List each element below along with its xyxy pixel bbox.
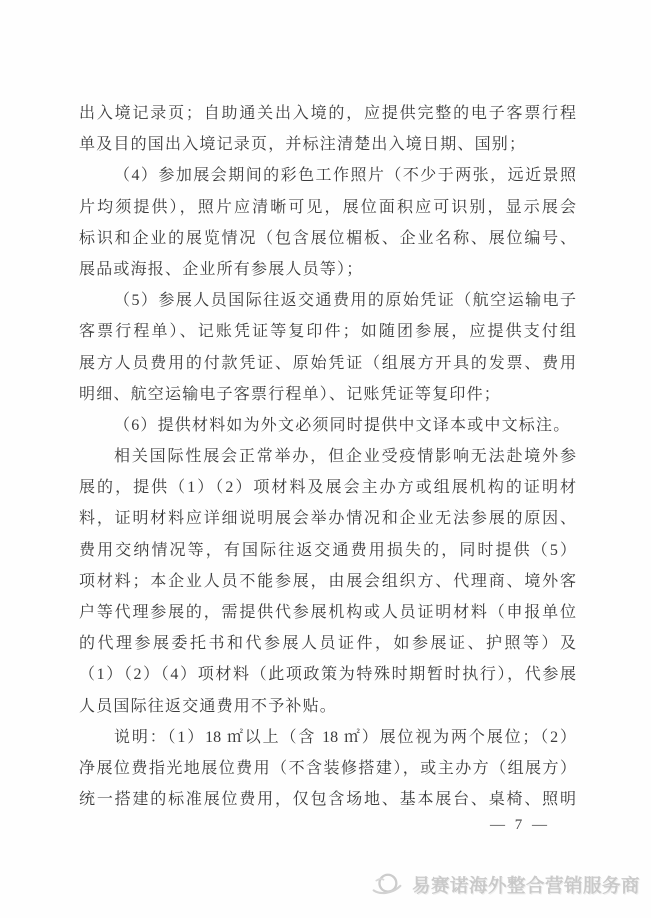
document-page: 出入境记录页；自助通关出入境的，应提供完整的电子客票行程单及目的国出入境记录页，… [0,0,651,918]
globe-swoosh-logo-icon [371,869,403,901]
text-line: 客票行程单）、记账凭证等复印件；如随团参展，应提供支付组 [79,316,576,347]
text-line: 展方人员费用的付款凭证、原始凭证（组展方开具的发票、费用 [79,348,576,379]
text-line: （4）参加展会期间的彩色工作照片（不少于两张，远近景照 [79,160,576,191]
text-line: 片均须提供），照片应清晰可见，展位面积应可识别，显示展会 [79,192,576,223]
text-line: 标识和企业的展览情况（包含展位楣板、企业名称、展位编号、 [79,223,576,254]
text-line: 项材料；本企业人员不能参展，由展会组织方、代理商、境外客 [79,566,576,597]
document-body: 出入境记录页；自助通关出入境的，应提供完整的电子客票行程单及目的国出入境记录页，… [79,98,576,815]
text-line: 展品或海报、企业所有参展人员等）； [79,254,576,285]
text-line: 单及目的国出入境记录页，并标注清楚出入境日期、国别； [79,129,576,160]
text-line: （6）提供材料如为外文必须同时提供中文译本或中文标注。 [79,410,576,441]
text-line: 统一搭建的标准展位费用，仅包含场地、基本展台、桌椅、照明 [79,784,576,815]
text-line: （5）参展人员国际往返交通费用的原始凭证（航空运输电子 [79,285,576,316]
text-line: 出入境记录页；自助通关出入境的，应提供完整的电子客票行程 [79,98,576,129]
text-line: 的代理参展委托书和代参展人员证件，如参展证、护照等）及 [79,628,576,659]
page-number: — 7 — [470,817,570,834]
text-line: 说明：（1）18 ㎡以上（含 18 ㎡）展位视为两个展位；（2） [79,722,576,753]
watermark: 易赛诺海外整合营销服务商 [371,869,640,901]
text-line: 相关国际性展会正常举办，但企业受疫情影响无法赴境外参 [79,441,576,472]
text-line: 展的，提供（1）（2）项材料及展会主办方或组展机构的证明材 [79,472,576,503]
text-line: 人员国际往返交通费用不予补贴。 [79,691,576,722]
text-line: （1）（2）（4）项材料（此项政策为特殊时期暂时执行），代参展 [79,659,576,690]
watermark-label: 易赛诺海外整合营销服务商 [412,872,640,898]
text-line: 净展位费指光地展位费用（不含装修搭建），或主办方（组展方） [79,753,576,784]
text-line: 料，证明材料应详细说明展会举办情况和企业无法参展的原因、 [79,503,576,534]
text-line: 费用交纳情况等，有国际往返交通费用损失的，同时提供（5） [79,535,576,566]
text-line: 户等代理参展的，需提供代参展机构或人员证明材料（申报单位 [79,597,576,628]
text-line: 明细、航空运输电子客票行程单）、记账凭证等复印件； [79,379,576,410]
